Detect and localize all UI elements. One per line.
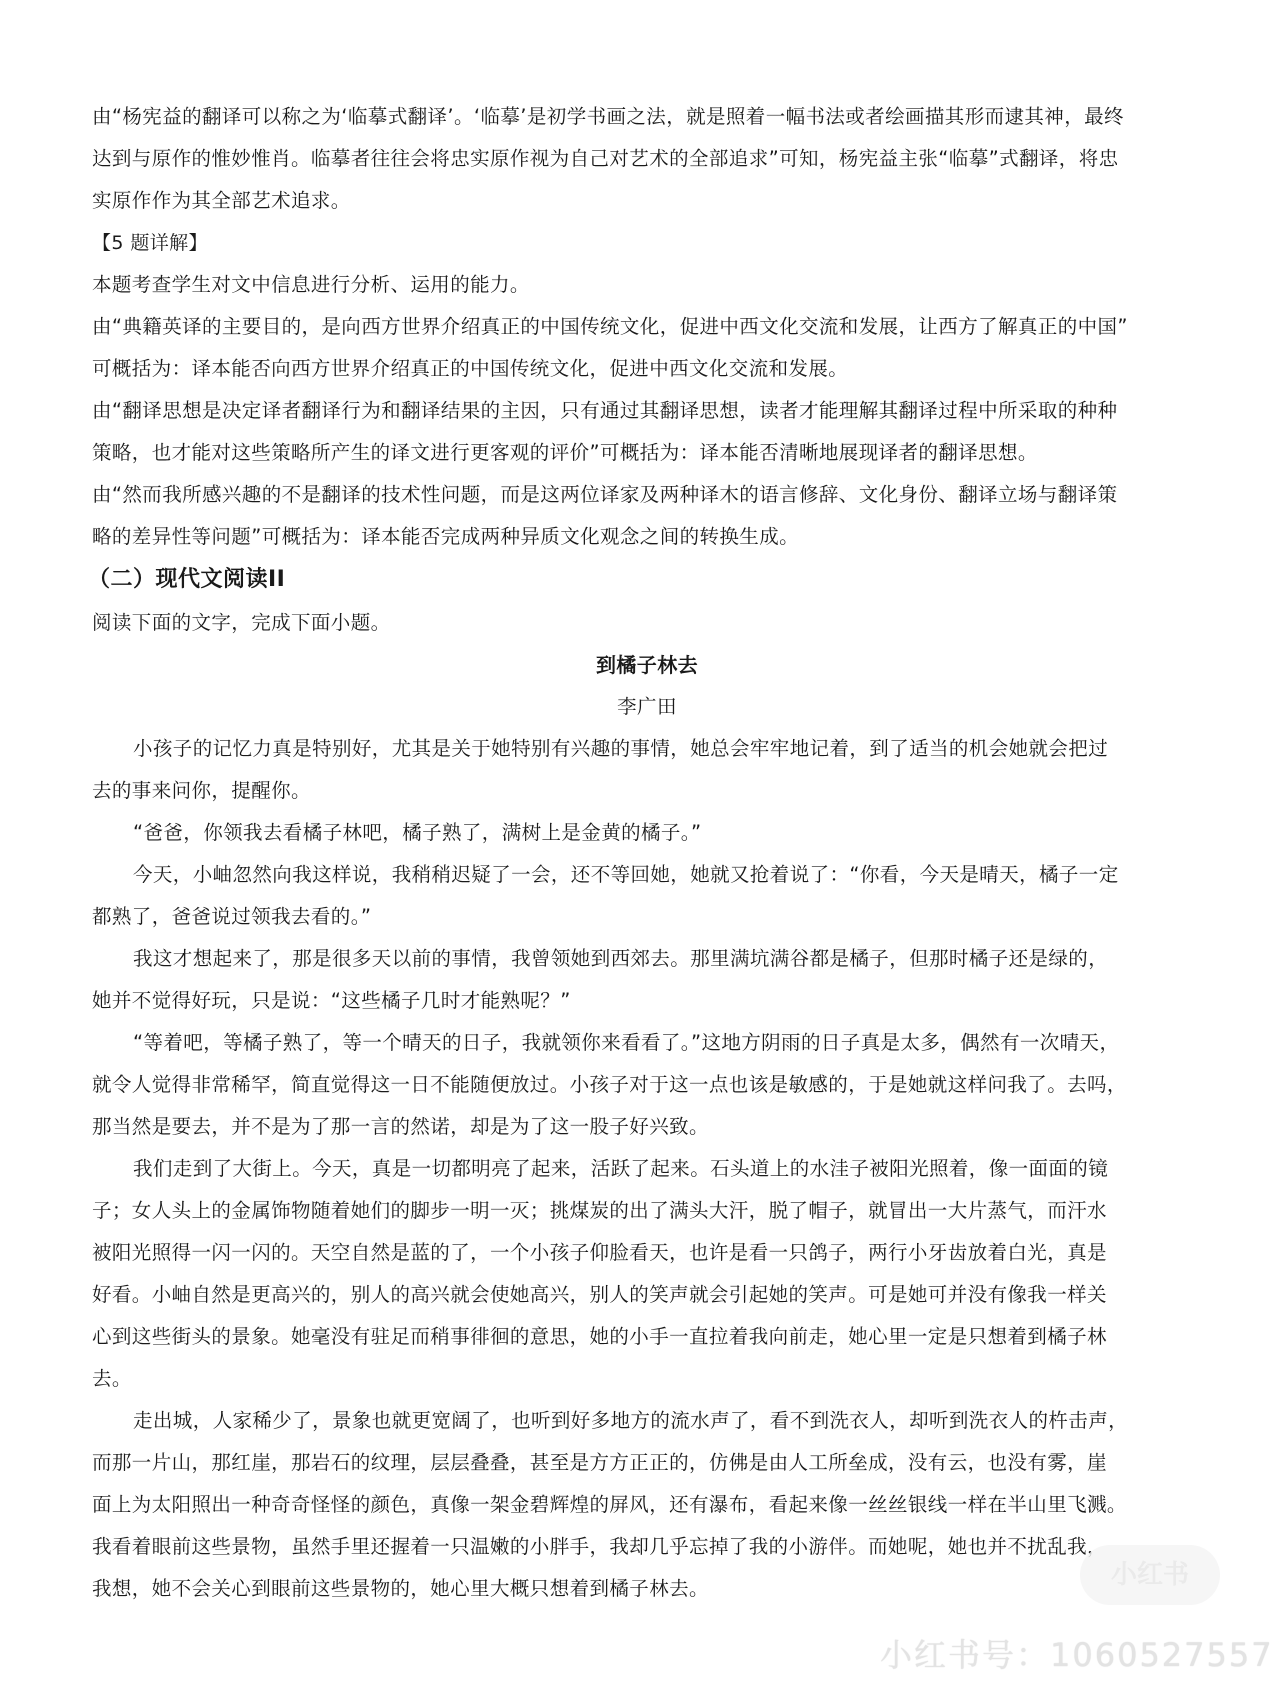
article-line: 我想，她不会关心到眼前这些景物的，她心里大概只想着到橘子林去。 (92, 1568, 1202, 1610)
article-author: 李广田 (92, 686, 1202, 728)
text-line: 策略，也才能对这些策略所产生的译文进行更客观的评价”可概括为：译本能否清晰地展现… (92, 432, 1202, 474)
article-title: 到橘子林去 (92, 644, 1202, 686)
analysis-intro: 由“杨宪益的翻译可以称之为‘临摹式翻译’。‘临摹’是初学书画之法，就是照着一幅书… (92, 96, 1202, 222)
text-line: 本题考查学生对文中信息进行分析、运用的能力。 (92, 264, 1202, 306)
text-line: 实原作作为其全部艺术追求。 (92, 180, 1202, 222)
text-line: 由“然而我所感兴趣的不是翻译的技术性问题，而是这两位译家及两种译木的语言修辞、文… (92, 474, 1202, 516)
article-line: 我看着眼前这些景物，虽然手里还握着一只温嫩的小胖手，我却几乎忘掉了我的小游伴。而… (92, 1526, 1202, 1568)
article-line: 面上为太阳照出一种奇奇怪怪的颜色，真像一架金碧辉煌的屏风，还有瀑布，看起来像一丝… (92, 1484, 1202, 1526)
section-title: （二）现代文阅读II (88, 558, 1202, 602)
document-page: 由“杨宪益的翻译可以称之为‘临摹式翻译’。‘临摹’是初学书画之法，就是照着一幅书… (92, 96, 1202, 1610)
article-line: 子；女人头上的金属饰物随着她们的脚步一明一灭；挑煤炭的出了满头大汗，脱了帽子，就… (92, 1190, 1202, 1232)
watermark-logo: 小红书 (1080, 1545, 1220, 1605)
text-line: 可概括为：译本能否向西方世界介绍真正的中国传统文化，促进中西文化交流和发展。 (92, 348, 1202, 390)
article-line: 被阳光照得一闪一闪的。天空自然是蓝的了，一个小孩子仰脸看天，也许是看一只鸽子，两… (92, 1232, 1202, 1274)
text-line: 由“杨宪益的翻译可以称之为‘临摹式翻译’。‘临摹’是初学书画之法，就是照着一幅书… (92, 96, 1202, 138)
text-line: 由“典籍英译的主要目的，是向西方世界介绍真正的中国传统文化，促进中西文化交流和发… (92, 306, 1202, 348)
article-line: 走出城，人家稀少了，景象也就更宽阔了，也听到好多地方的流水声了，看不到洗衣人，却… (92, 1400, 1202, 1442)
watermark-account-id: 小红书号：1060527557 (880, 1630, 1274, 1676)
article-line: 小孩子的记忆力真是特别好，尤其是关于她特别有兴趣的事情，她总会牢牢地记着，到了适… (92, 728, 1202, 770)
text-line: 达到与原作的惟妙惟肖。临摹者往往会将忠实原作视为自己对艺术的全部追求”可知，杨宪… (92, 138, 1202, 180)
q5-explanation: 本题考查学生对文中信息进行分析、运用的能力。 由“典籍英译的主要目的，是向西方世… (92, 264, 1202, 558)
text-line: 略的差异性等问题”可概括为：译本能否完成两种异质文化观念之间的转换生成。 (92, 516, 1202, 558)
article-line: 那当然是要去，并不是为了那一言的然诺，却是为了这一股子好兴致。 (92, 1106, 1202, 1148)
article-line: 就令人觉得非常稀罕，简直觉得这一日不能随便放过。小孩子对于这一点也该是敏感的，于… (92, 1064, 1202, 1106)
q5-heading: 【5 题详解】 (92, 222, 1202, 264)
article-line: 今天，小岫忽然向我这样说，我稍稍迟疑了一会，还不等回她，她就又抢着说了：“你看，… (92, 854, 1202, 896)
section-instruction: 阅读下面的文字，完成下面小题。 (92, 602, 1202, 644)
article-line: 而那一片山，那红崖，那岩石的纹理，层层叠叠，甚至是方方正正的，仿佛是由人工所垒成… (92, 1442, 1202, 1484)
article-line: 她并不觉得好玩，只是说：“这些橘子几时才能熟呢？” (92, 980, 1202, 1022)
article-body: 小孩子的记忆力真是特别好，尤其是关于她特别有兴趣的事情，她总会牢牢地记着，到了适… (92, 728, 1202, 1610)
article-line: 我这才想起来了，那是很多天以前的事情，我曾领她到西郊去。那里满坑满谷都是橘子，但… (92, 938, 1202, 980)
article-line: 都熟了，爸爸说过领我去看的。” (92, 896, 1202, 938)
article-line: “等着吧，等橘子熟了，等一个晴天的日子，我就领你来看看了。”这地方阴雨的日子真是… (92, 1022, 1202, 1064)
article-line: 去的事来问你，提醒你。 (92, 770, 1202, 812)
article-line: 我们走到了大街上。今天，真是一切都明亮了起来，活跃了起来。石头道上的水洼子被阳光… (92, 1148, 1202, 1190)
article-line: 好看。小岫自然是更高兴的，别人的高兴就会使她高兴，别人的笑声就会引起她的笑声。可… (92, 1274, 1202, 1316)
article-line: “爸爸，你领我去看橘子林吧，橘子熟了，满树上是金黄的橘子。” (92, 812, 1202, 854)
article-line: 心到这些街头的景象。她毫没有驻足而稍事徘徊的意思，她的小手一直拉着我向前走，她心… (92, 1316, 1202, 1358)
article-line: 去。 (92, 1358, 1202, 1400)
text-line: 由“翻译思想是决定译者翻译行为和翻译结果的主因，只有通过其翻译思想，读者才能理解… (92, 390, 1202, 432)
